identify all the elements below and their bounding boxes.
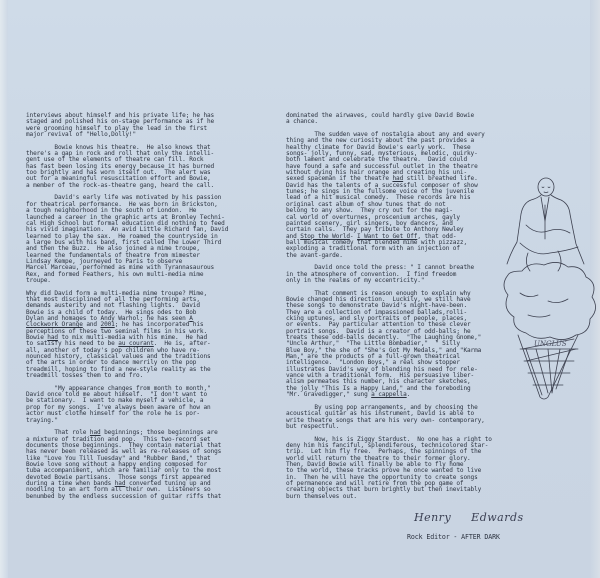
article-paragraph: interviews about himself and his private… [26,113,248,138]
text-line: major revival of "Hello,Dolly!" [26,132,248,138]
article-paragraph: "My appearance changes from month to mon… [26,386,248,424]
text-line: treadmill tosses them to and fro. [26,373,248,379]
article-paragraph: That comment is reason enough to explain… [286,291,512,399]
article-paragraph: David once told the press: " I cannot br… [286,265,512,284]
right-column: dominated the airwaves, could hardly giv… [286,113,512,506]
text-line: benumbed by the endless succession of gu… [26,494,248,500]
article-paragraph: That role had beginnings; those beginnin… [26,430,248,500]
article-paragraph: dominated the airwaves, could hardly giv… [286,113,512,126]
text-line: but respectful. [286,424,512,430]
article-paragraph: Bowie knows his theatre. He also knows t… [26,145,248,189]
article-paragraph: David's early life was motivated by his … [26,195,248,284]
article-paragraph: Why did David form a multi-media mime tr… [26,291,248,380]
text-line: a member of the rock-as-theatre gang, he… [26,183,248,189]
signature-last-name: Edwards [471,511,524,524]
svg-text:UNGLUS: UNGLUS [534,340,567,348]
text-line: burn themselves out. [286,494,512,500]
liner-notes-page: interviews about himself and his private… [0,0,600,578]
text-line: "Mr. Gravedigger," sung a cappella. [286,392,512,398]
left-column: interviews about himself and his private… [26,113,248,506]
article-paragraph: By using pop arrangements, and by choosi… [286,405,512,430]
text-line: only in the realms of my eccentricity." [286,278,512,284]
author-byline: Rock Editor - AFTER DARK [407,533,500,541]
article-paragraph: Now, his is Ziggy Stardust. No one has a… [286,437,512,500]
author-signature: HenryEdwards [414,511,524,524]
figure-on-ice-cream-cone-illustration: UNGLUS [498,165,598,410]
text-line: traying." [26,418,248,424]
signature-first-name: Henry [414,511,451,524]
page-edge-left [0,0,8,578]
article-paragraph: The sudden wave of nostalgia about any a… [286,132,512,259]
text-line: a chance. [286,119,512,125]
text-line: the avant-garde. [286,253,512,259]
text-line: troupe. [26,278,248,284]
